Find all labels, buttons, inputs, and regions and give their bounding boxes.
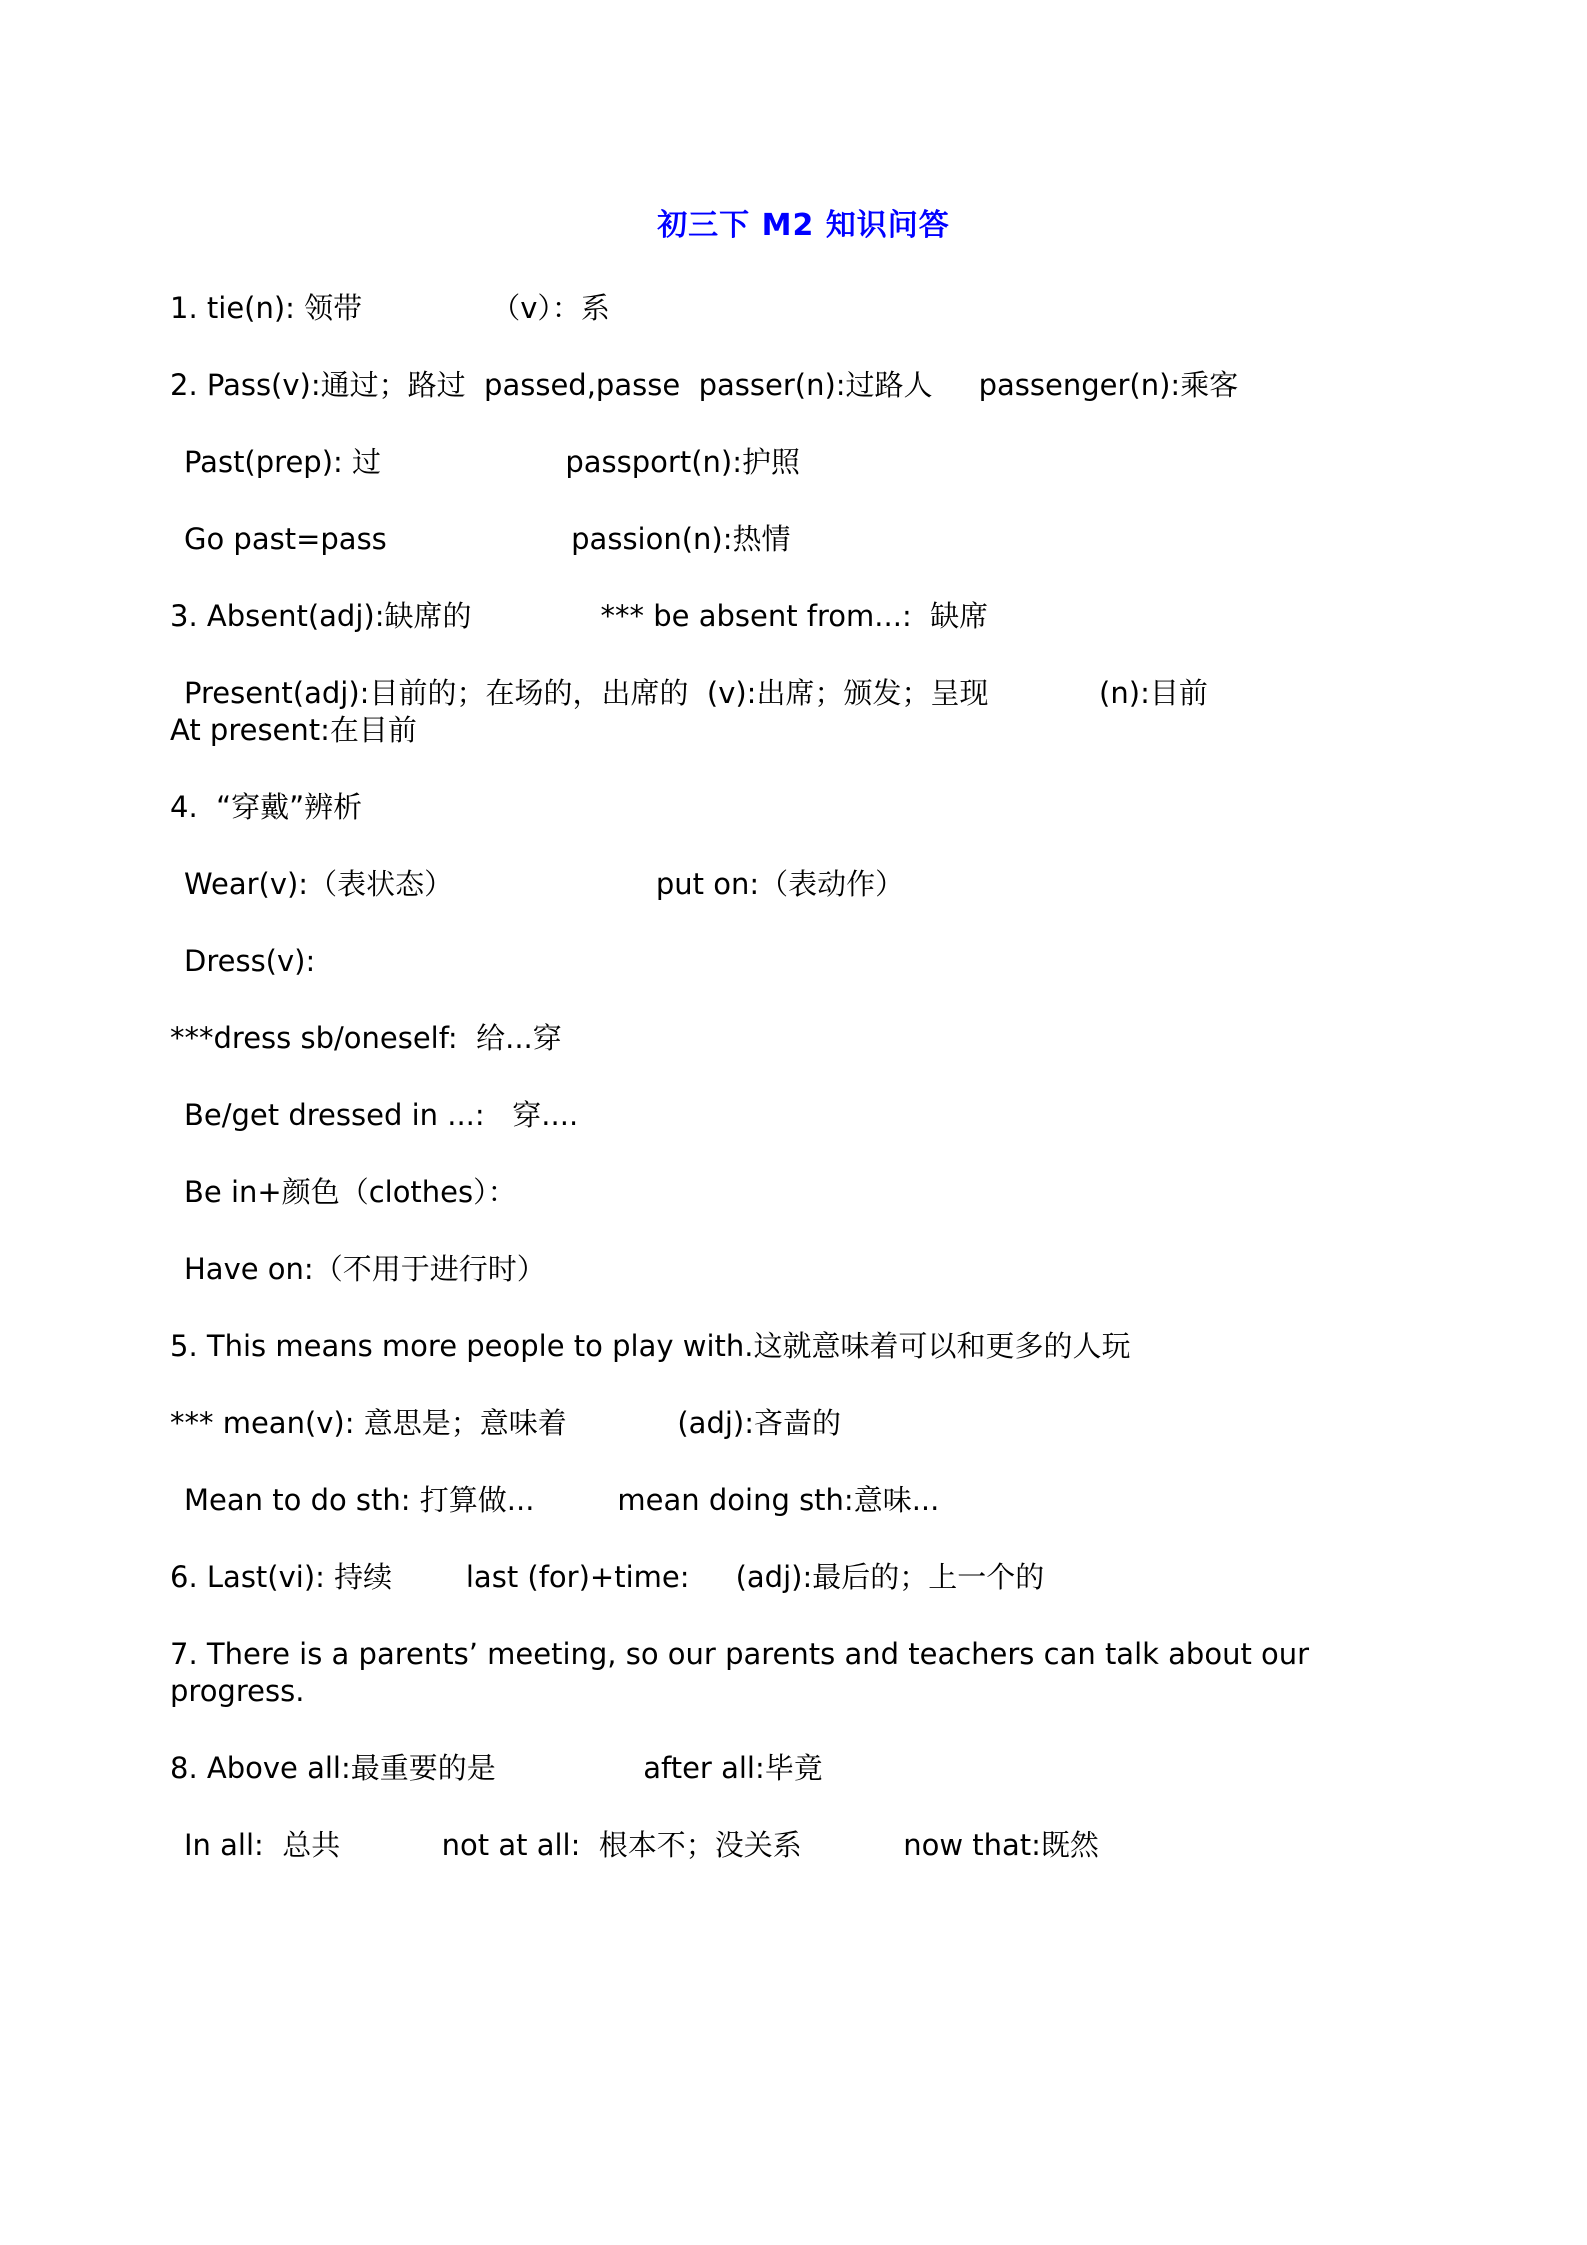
text-line: 5. This means more people to play with.这… bbox=[170, 1328, 1437, 1365]
text-line: Be/get dressed in ...: 穿.... bbox=[170, 1097, 1437, 1134]
text-line: *** mean(v): 意思是；意味着 (adj):吝啬的 bbox=[170, 1405, 1437, 1442]
text-line: 7. There is a parents’ meeting, so our p… bbox=[170, 1636, 1437, 1673]
text-line: progress. bbox=[170, 1673, 1437, 1710]
document-page: 初三下 M2 知识问答 1. tie(n): 领带 （v）：系2. Pass(v… bbox=[0, 0, 1587, 2245]
text-line: 4. “穿戴”辨析 bbox=[170, 789, 1437, 826]
text-line: Dress(v): bbox=[170, 943, 1437, 980]
text-line: ***dress sb/oneself: 给...穿 bbox=[170, 1020, 1437, 1057]
text-line: Be in+颜色（clothes）： bbox=[170, 1174, 1437, 1211]
text-line: 3. Absent(adj):缺席的 *** be absent from...… bbox=[170, 598, 1437, 635]
text-line: At present:在目前 bbox=[170, 712, 1437, 749]
text-line: 6. Last(vi): 持续 last (for)+time: (adj):最… bbox=[170, 1559, 1437, 1596]
text-line: 2. Pass(v):通过；路过 passed,passe passer(n):… bbox=[170, 367, 1437, 404]
text-line: In all: 总共 not at all: 根本不；没关系 now that:… bbox=[170, 1827, 1437, 1864]
text-line: Mean to do sth: 打算做... mean doing sth:意味… bbox=[170, 1482, 1437, 1519]
text-line: 1. tie(n): 领带 （v）：系 bbox=[170, 290, 1437, 327]
text-line: Wear(v):（表状态） put on:（表动作） bbox=[170, 866, 1437, 903]
document-lines: 1. tie(n): 领带 （v）：系2. Pass(v):通过；路过 pass… bbox=[170, 290, 1437, 1864]
text-line: Have on:（不用于进行时） bbox=[170, 1251, 1437, 1288]
text-line: 8. Above all:最重要的是 after all:毕竟 bbox=[170, 1750, 1437, 1787]
text-line: Present(adj):目前的；在场的，出席的 (v):出席；颁发；呈现 (n… bbox=[170, 675, 1437, 712]
text-line: Go past=pass passion(n):热情 bbox=[170, 521, 1437, 558]
text-line: Past(prep): 过 passport(n):护照 bbox=[170, 444, 1437, 481]
document-title: 初三下 M2 知识问答 bbox=[170, 207, 1437, 244]
